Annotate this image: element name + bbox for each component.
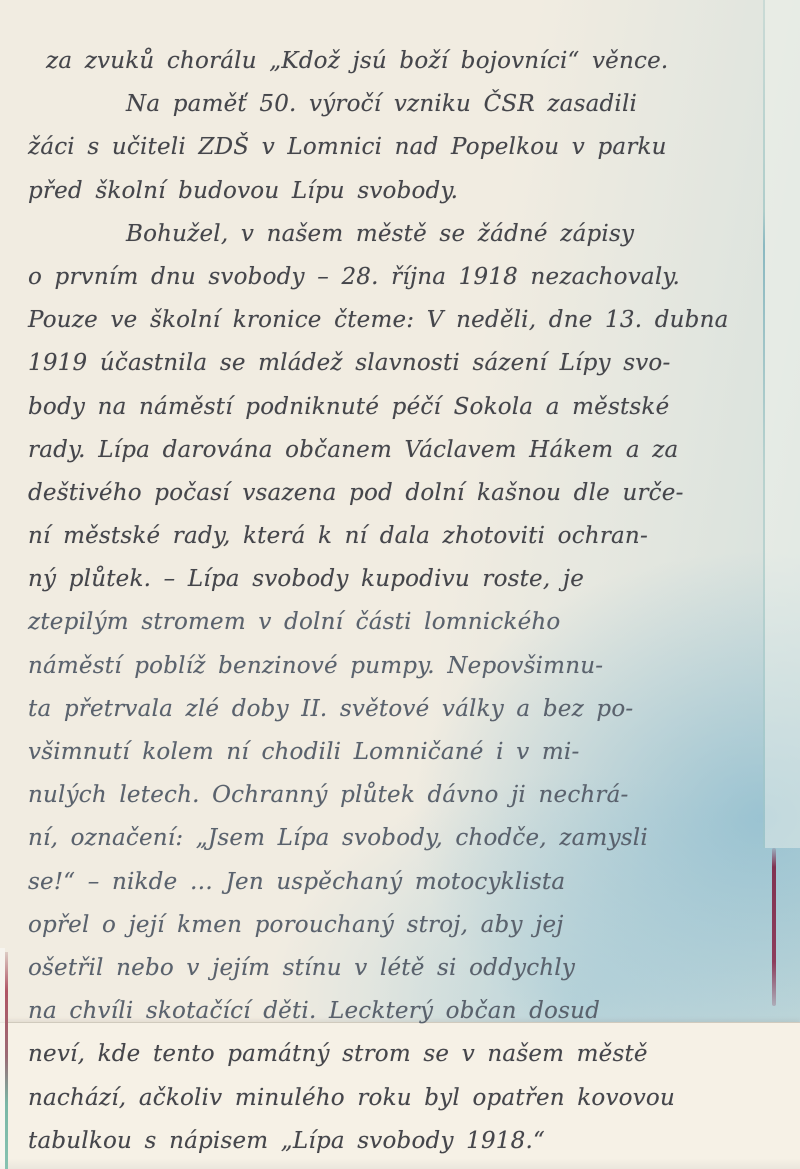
handwritten-line: opřel o její kmen porouchaný stroj, aby … — [0, 904, 800, 947]
handwritten-line: za zvuků chorálu „Kdož jsú boží bojovníc… — [0, 40, 800, 83]
handwritten-line: ztepilým stromem v dolní části lomnickéh… — [0, 601, 800, 644]
handwritten-line: 1919 účastnila se mládež slavnosti sázen… — [0, 342, 800, 385]
handwritten-line: všimnutí kolem ní chodili Lomničané i v … — [0, 731, 800, 774]
handwritten-line: nachází, ačkoliv minulého roku byl opatř… — [0, 1077, 800, 1120]
handwritten-line: neví, kde tento památný strom se v našem… — [0, 1033, 800, 1076]
handwritten-line: tabulkou s nápisem „Lípa svobody 1918.“ — [0, 1120, 800, 1163]
handwritten-line: Bohužel, v našem městě se žádné zápisy — [0, 213, 800, 256]
handwritten-line: rady. Lípa darována občanem Václavem Hák… — [0, 429, 800, 472]
handwritten-line: ta přetrvala zlé doby II. světové války … — [0, 688, 800, 731]
handwritten-line: ný plůtek. – Lípa svobody kupodivu roste… — [0, 558, 800, 601]
handwritten-text-block: za zvuků chorálu „Kdož jsú boží bojovníc… — [0, 0, 800, 1163]
chronicle-page: za zvuků chorálu „Kdož jsú boží bojovníc… — [0, 0, 800, 1169]
handwritten-line: ní, označení: „Jsem Lípa svobody, chodče… — [0, 817, 800, 860]
handwritten-line: žáci s učiteli ZDŠ v Lomnici nad Popelko… — [0, 126, 800, 169]
handwritten-line: deštivého počasí vsazena pod dolní kašno… — [0, 472, 800, 515]
handwritten-line: se!“ – nikde … Jen uspěchaný motocyklist… — [0, 861, 800, 904]
handwritten-line: body na náměstí podniknuté péčí Sokola a… — [0, 386, 800, 429]
handwritten-line: Pouze ve školní kronice čteme: V neděli,… — [0, 299, 800, 342]
handwritten-line: o prvním dnu svobody – 28. října 1918 ne… — [0, 256, 800, 299]
handwritten-line: Na paměť 50. výročí vzniku ČSR zasadili — [0, 83, 800, 126]
handwritten-line: ní městské rady, která k ní dala zhotovi… — [0, 515, 800, 558]
handwritten-line: před školní budovou Lípu svobody. — [0, 170, 800, 213]
handwritten-line: náměstí poblíž benzinové pumpy. Nepovšim… — [0, 645, 800, 688]
handwritten-line: na chvíli skotačící děti. Leckterý občan… — [0, 990, 800, 1033]
handwritten-line: nulých letech. Ochranný plůtek dávno ji … — [0, 774, 800, 817]
handwritten-line: ošetřil nebo v jejím stínu v létě si odd… — [0, 947, 800, 990]
